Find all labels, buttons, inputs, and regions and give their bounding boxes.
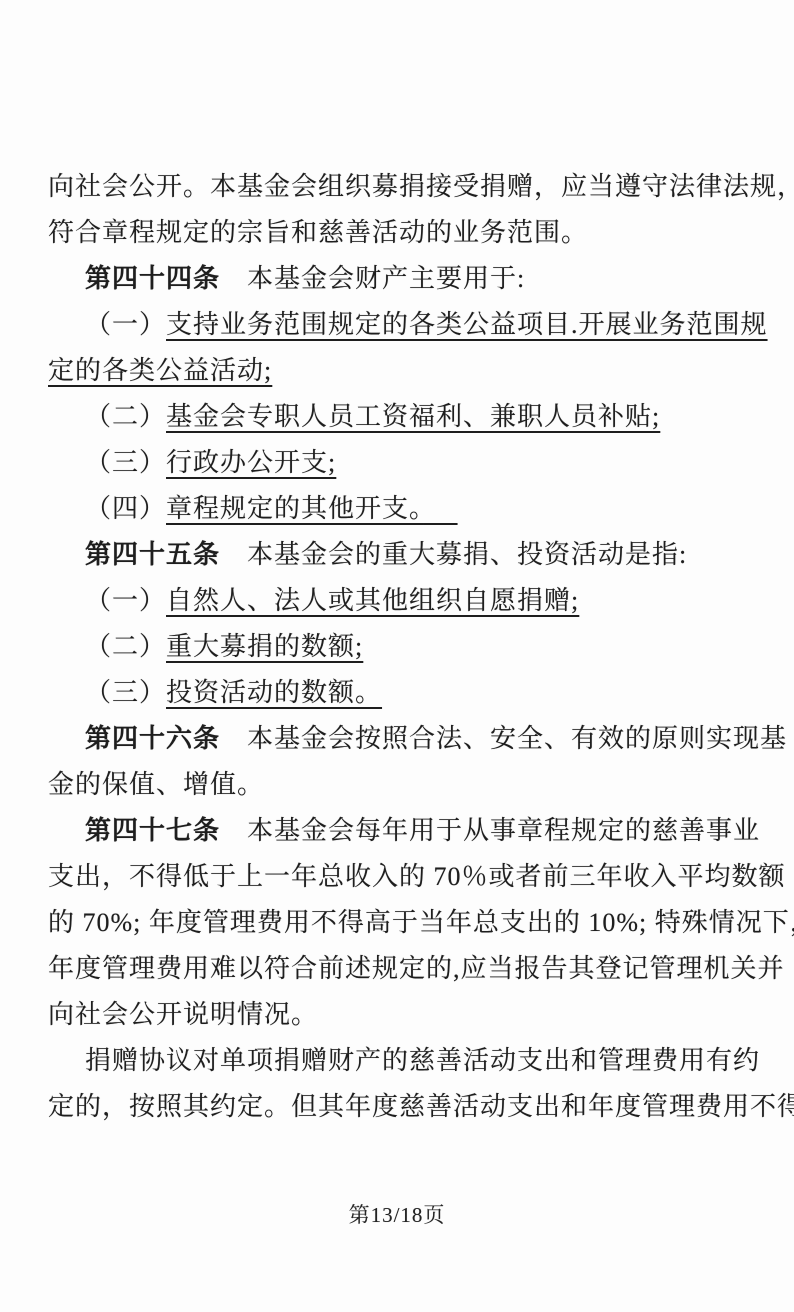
text-segment: （一） (85, 586, 166, 615)
text-segment: 本基金会按照合法、安全、有效的原则实现基 (220, 724, 787, 753)
underlined-text: 章程规定的其他开支。 (166, 494, 423, 523)
text-line: （三）投资活动的数额。 (48, 670, 750, 716)
underlined-text: 支持业务范围规定的各类公益项目.开展业务范围规 (166, 310, 768, 339)
document-body: 向社会公开。本基金会组织募捐接受捐赠，应当遵守法律法规，符合章程规定的宗旨和慈善… (48, 164, 750, 1130)
text-line: 向社会公开。本基金会组织募捐接受捐赠，应当遵守法律法规， (48, 164, 750, 210)
text-segment: （三） (85, 678, 166, 707)
article-number: 第四十四条 (85, 264, 220, 293)
text-segment: 支出，不得低于上一年总收入的 70％或者前三年收入平均数额 (48, 862, 786, 891)
text-segment: 定的，按照其约定。但其年度慈善活动支出和年度管理费用不得 (48, 1092, 794, 1121)
text-line: 年度管理费用难以符合前述规定的,应当报告其登记管理机关并 (48, 946, 750, 992)
text-segment: 金的保值、增值。 (48, 770, 264, 799)
page-number: 第13/18页 (0, 1199, 794, 1229)
text-segment: （三） (85, 448, 166, 477)
text-line: 定的各类公益活动; (48, 348, 750, 394)
text-line: 捐赠协议对单项捐赠财产的慈善活动支出和管理费用有约 (48, 1038, 750, 1084)
underlined-text: 重大募捐的数额; (166, 632, 363, 661)
text-line: 向社会公开说明情况。 (48, 992, 750, 1038)
article-number: 第四十七条 (85, 816, 220, 845)
text-line: 定的，按照其约定。但其年度慈善活动支出和年度管理费用不得 (48, 1084, 750, 1130)
text-segment: 年度管理费用难以符合前述规定的,应当报告其登记管理机关并 (48, 954, 785, 983)
underlined-text: 自然人、法人或其他组织自愿捐赠; (166, 586, 579, 615)
text-line: 符合章程规定的宗旨和慈善活动的业务范围。 (48, 210, 750, 256)
text-line: （一）自然人、法人或其他组织自愿捐赠; (48, 578, 750, 624)
article-number: 第四十六条 (85, 724, 220, 753)
text-line: （二）重大募捐的数额; (48, 624, 750, 670)
text-line: 支出，不得低于上一年总收入的 70％或者前三年收入平均数额 (48, 854, 750, 900)
text-segment: （二） (85, 402, 166, 431)
text-segment: 向社会公开。本基金会组织募捐接受捐赠，应当遵守法律法规， (48, 172, 794, 201)
text-segment: 符合章程规定的宗旨和慈善活动的业务范围。 (48, 218, 588, 247)
article-number: 第四十五条 (85, 540, 220, 569)
text-segment: 本基金会财产主要用于: (220, 264, 525, 293)
text-line: （三）行政办公开支; (48, 440, 750, 486)
underlined-text (423, 494, 458, 523)
underlined-text: 基金会专职人员工资福利、兼职人员补贴; (166, 402, 660, 431)
text-line: 第四十七条 本基金会每年用于从事章程规定的慈善事业 (48, 808, 750, 854)
text-segment: 本基金会每年用于从事章程规定的慈善事业 (220, 816, 760, 845)
text-segment: 捐赠协议对单项捐赠财产的慈善活动支出和管理费用有约 (85, 1046, 760, 1075)
text-segment: 本基金会的重大募捐、投资活动是指: (220, 540, 687, 569)
text-line: 第四十六条 本基金会按照合法、安全、有效的原则实现基 (48, 716, 750, 762)
text-line: （四）章程规定的其他开支。 (48, 486, 750, 532)
document-page: 向社会公开。本基金会组织募捐接受捐赠，应当遵守法律法规，符合章程规定的宗旨和慈善… (0, 0, 794, 1312)
text-line: 金的保值、增值。 (48, 762, 750, 808)
text-segment: 向社会公开说明情况。 (48, 1000, 318, 1029)
text-line: （二）基金会专职人员工资福利、兼职人员补贴; (48, 394, 750, 440)
text-line: （一）支持业务范围规定的各类公益项目.开展业务范围规 (48, 302, 750, 348)
underlined-text: 定的各类公益活动; (48, 356, 272, 385)
text-line: 的 70%; 年度管理费用不得高于当年总支出的 10%; 特殊情况下， (48, 900, 750, 946)
text-segment: （四） (85, 494, 166, 523)
underlined-text: 投资活动的数额。 (166, 678, 382, 707)
text-segment: （一） (85, 310, 166, 339)
text-segment: 的 70%; 年度管理费用不得高于当年总支出的 10%; 特殊情况下， (48, 908, 794, 937)
text-line: 第四十四条 本基金会财产主要用于: (48, 256, 750, 302)
text-segment: （二） (85, 632, 166, 661)
text-line: 第四十五条 本基金会的重大募捐、投资活动是指: (48, 532, 750, 578)
underlined-text: 行政办公开支; (166, 448, 336, 477)
